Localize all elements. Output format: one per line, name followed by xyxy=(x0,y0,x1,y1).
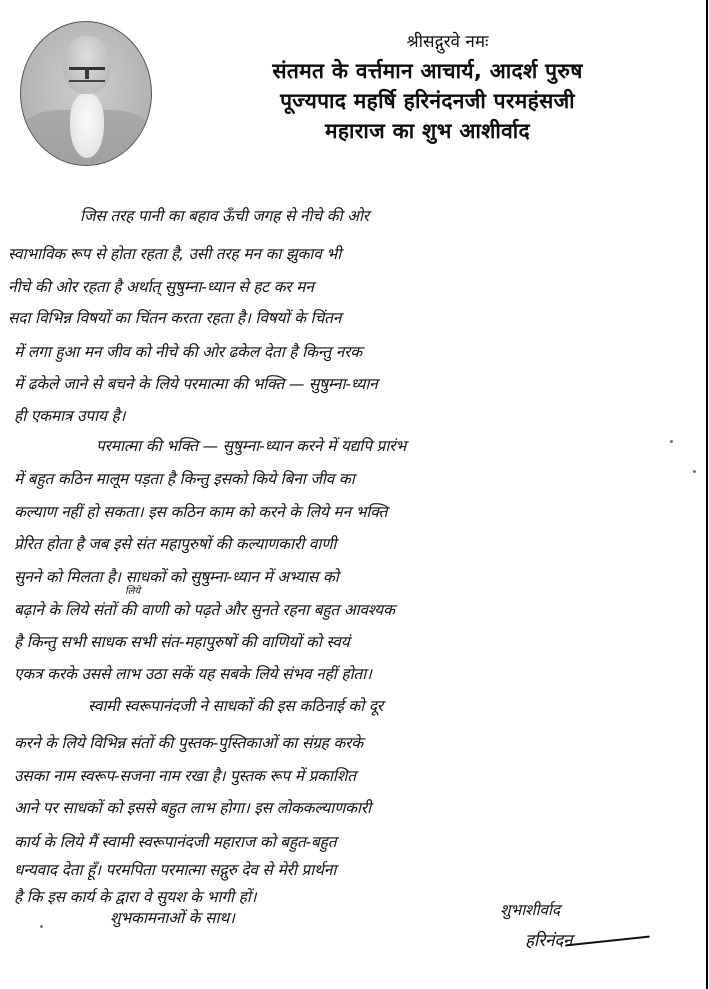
letter-line: है कि इस कार्य के द्वारा वे सुयश के भागी… xyxy=(14,885,256,907)
letter-line: परमात्मा की भक्ति — सुषुम्ना-ध्यान करने … xyxy=(96,434,406,456)
letter-line: स्वामी स्वरूपानंदजी ने साधकों की इस कठिन… xyxy=(88,694,383,716)
letter-line: करने के लिये विभिन्न संतों की पुस्तक-पुस… xyxy=(14,731,363,753)
letter-line: आने पर साधकों को इससे बहुत लाभ होगा। इस … xyxy=(14,796,371,818)
signature-underline xyxy=(565,936,650,947)
portrait-beard xyxy=(70,94,104,158)
letter-line: नीचे की ओर रहता है अर्थात् सुषुम्ना-ध्या… xyxy=(8,275,314,297)
signature: हरिनंदन xyxy=(525,928,572,951)
letter-line: ही एकमात्र उपाय है। xyxy=(14,404,125,426)
scan-speck xyxy=(40,925,43,928)
handwritten-letter: जिस तरह पानी का बहाव ऊँची जगह से नीचे की… xyxy=(0,0,709,989)
inserted-word: लिये xyxy=(125,583,140,597)
signoff-text: शुभाशीर्वाद xyxy=(500,898,560,920)
letter-line: है किन्तु सभी साधक सभी संत-महापुरुषों की… xyxy=(14,630,349,652)
letter-line: प्रेरित होता है जब इसे संत महापुरुषों की… xyxy=(14,532,336,554)
letter-line: एकत्र करके उससे लाभ उठा सकें यह सबके लिय… xyxy=(14,662,372,684)
letter-line: सदा विभिन्न विषयों का चिंतन करता रहता है… xyxy=(8,306,341,328)
letter-line: में ढकेले जाने से बचने के लिये परमात्मा … xyxy=(14,372,378,394)
scan-speck xyxy=(693,470,696,473)
letter-line: सुनने को मिलता है। साधकों को सुषुम्ना-ध्… xyxy=(14,565,339,587)
letter-line: जिस तरह पानी का बहाव ऊँची जगह से नीचे की… xyxy=(80,204,369,226)
letter-line: धन्यवाद देता हूँ। परमपिता परमात्मा सद्गु… xyxy=(14,858,336,880)
letter-line: कार्य के लिये मैं स्वामी स्वरूपानंदजी मह… xyxy=(14,830,336,852)
letter-line: कल्याण नहीं हो सकता। इस कठिन काम को करने… xyxy=(14,500,387,522)
portrait-head xyxy=(63,36,111,94)
letter-line: बढ़ाने के लिये संतों की वाणी को पढ़ते और… xyxy=(14,598,395,620)
letter-line: उसका नाम स्वरूप-सजना नाम रखा है। पुस्तक … xyxy=(14,764,356,786)
portrait-glasses xyxy=(69,67,105,82)
letter-line: स्वाभाविक रूप से होता रहता है, उसी तरह म… xyxy=(8,242,341,264)
letter-line: में बहुत कठिन मालूम पड़ता है किन्तु इसको… xyxy=(14,467,355,489)
letter-line: में लगा हुआ मन जीव को नीचे की ओर ढकेल दे… xyxy=(14,340,362,362)
scan-speck xyxy=(670,440,673,443)
closing-text: शुभकामनाओं के साथ। xyxy=(110,906,235,928)
